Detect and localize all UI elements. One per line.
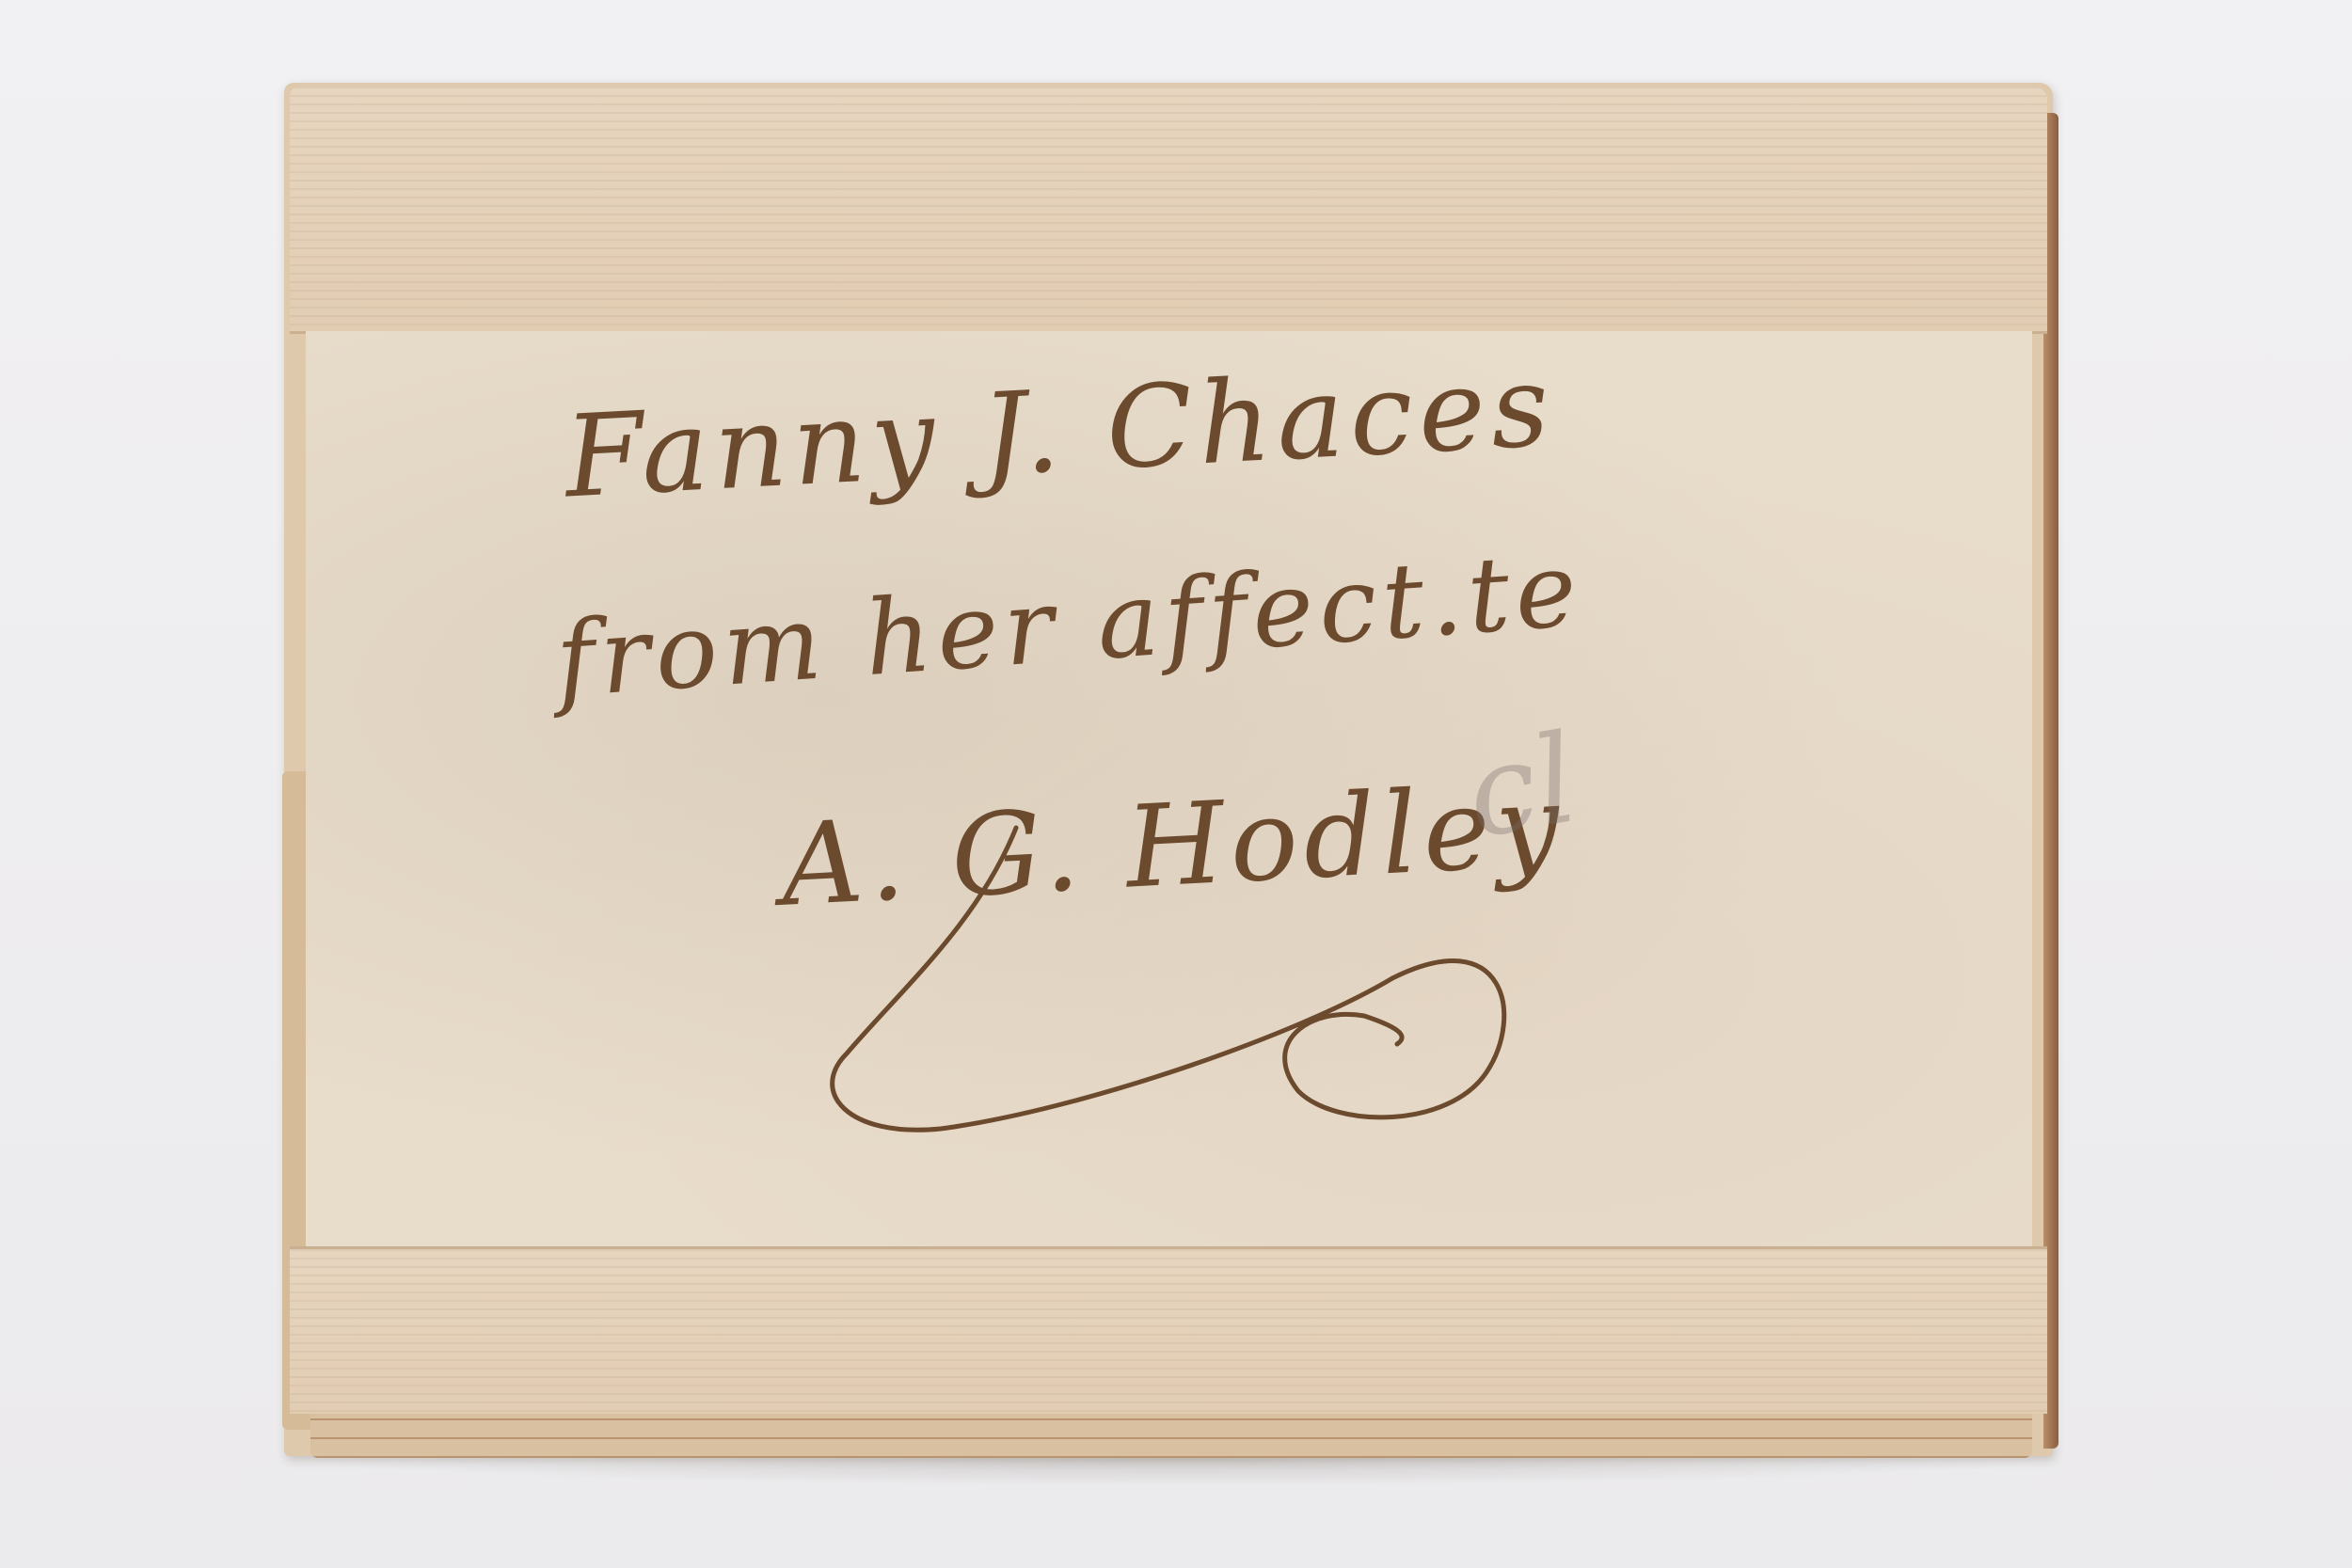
signature-flourish-icon: [0, 0, 2352, 1568]
